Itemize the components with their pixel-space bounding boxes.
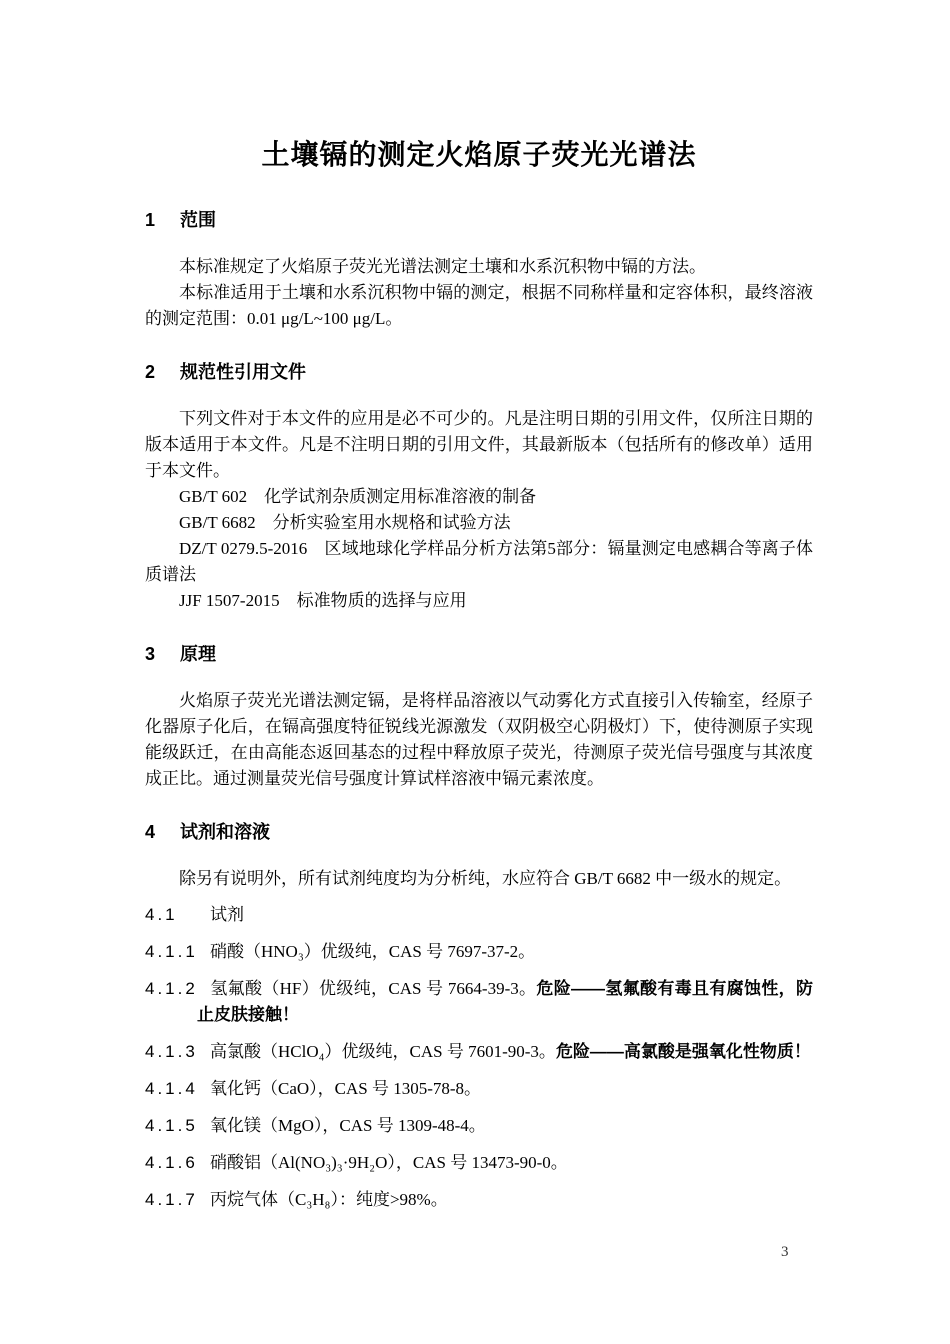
section-4-title: 试剂和溶液: [180, 822, 270, 842]
clause-number: 4.1.4: [145, 1076, 210, 1102]
clause-text: 氧化镁（MgO），CAS 号 1309-48-4。: [210, 1116, 486, 1135]
clause-number: 4.1.3: [145, 1039, 210, 1065]
clause-item-4-1-7: 4.1.7丙烷气体（C₃H₈）：纯度>98%。: [145, 1187, 813, 1213]
clause-text: 高氯酸（HClO₄）优级纯，CAS 号 7601-90-3。: [210, 1042, 556, 1061]
document-content: 土壤镉的测定火焰原子荧光光谱法 1范围 本标准规定了火焰原子荧光光谱法测定土壤和…: [145, 0, 813, 1213]
clause-item-4-1-2: 4.1.2氢氟酸（HF）优级纯，CAS 号 7664-39-3。危险——氢氟酸有…: [145, 976, 813, 1028]
clause-4-1-heading: 4.1试剂: [145, 902, 813, 928]
section-1-paragraph: 本标准规定了火焰原子荧光光谱法测定土壤和水系沉积物中镉的方法。: [145, 254, 813, 280]
section-1-heading: 1范围: [145, 207, 813, 233]
section-1-paragraph: 本标准适用于土壤和水系沉积物中镉的测定，根据不同称样量和定容体积，最终溶液的测定…: [145, 280, 813, 332]
clause-text: 丙烷气体（C₃H₈）：纯度>98%。: [210, 1190, 448, 1209]
clause-text: 硝酸（HNO₃）优级纯，CAS 号 7697-37-2。: [210, 942, 535, 961]
section-2-paragraph: 下列文件对于本文件的应用是必不可少的。凡是注明日期的引用文件，仅所注日期的版本适…: [145, 406, 813, 484]
page-number: 3: [781, 1242, 789, 1262]
section-1-number: 1: [145, 207, 180, 233]
section-1-title: 范围: [180, 210, 216, 230]
section-2-title: 规范性引用文件: [180, 362, 306, 382]
section-2-number: 2: [145, 359, 180, 385]
section-3-title: 原理: [180, 644, 216, 664]
clause-number: 4.1.7: [145, 1187, 210, 1213]
section-4-paragraph: 除另有说明外，所有试剂纯度均为分析纯，水应符合 GB/T 6682 中一级水的规…: [145, 866, 813, 892]
section-2-heading: 2规范性引用文件: [145, 359, 813, 385]
clause-warning: 危险——高氯酸是强氧化性物质！: [556, 1042, 811, 1061]
clause-number: 4.1.5: [145, 1113, 210, 1139]
clause-item-4-1-6: 4.1.6硝酸铝（Al(NO₃)₃·9H₂O），CAS 号 13473-90-0…: [145, 1150, 813, 1176]
clause-4-1-title: 试剂: [210, 905, 244, 924]
reference-item: JJF 1507-2015 标准物质的选择与应用: [145, 588, 813, 614]
section-3-number: 3: [145, 641, 180, 667]
section-4-heading: 4试剂和溶液: [145, 819, 813, 845]
clause-item-4-1-4: 4.1.4氧化钙（CaO），CAS 号 1305-78-8。: [145, 1076, 813, 1102]
section-3-heading: 3原理: [145, 641, 813, 667]
reference-item: DZ/T 0279.5-2016 区域地球化学样品分析方法第5部分：镉量测定电感…: [145, 536, 813, 588]
clause-number: 4.1.2: [145, 976, 210, 1002]
clause-text: 硝酸铝（Al(NO₃)₃·9H₂O），CAS 号 13473-90-0。: [210, 1153, 568, 1172]
section-4-number: 4: [145, 819, 180, 845]
document-page: 土壤镉的测定火焰原子荧光光谱法 1范围 本标准规定了火焰原子荧光光谱法测定土壤和…: [0, 0, 950, 1344]
clause-number: 4.1.1: [145, 939, 210, 965]
clause-item-4-1-1: 4.1.1硝酸（HNO₃）优级纯，CAS 号 7697-37-2。: [145, 939, 813, 965]
reference-item: GB/T 602 化学试剂杂质测定用标准溶液的制备: [145, 484, 813, 510]
clause-text: 氢氟酸（HF）优级纯，CAS 号 7664-39-3。: [210, 979, 536, 998]
clause-4-1-number: 4.1: [145, 902, 210, 928]
clause-text: 氧化钙（CaO），CAS 号 1305-78-8。: [210, 1079, 481, 1098]
reference-item: GB/T 6682 分析实验室用水规格和试验方法: [145, 510, 813, 536]
clause-item-4-1-5: 4.1.5氧化镁（MgO），CAS 号 1309-48-4。: [145, 1113, 813, 1139]
page-title: 土壤镉的测定火焰原子荧光光谱法: [145, 136, 813, 176]
clause-item-4-1-3: 4.1.3高氯酸（HClO₄）优级纯，CAS 号 7601-90-3。危险——高…: [145, 1039, 813, 1065]
section-3-paragraph: 火焰原子荧光光谱法测定镉，是将样品溶液以气动雾化方式直接引入传输室，经原子化器原…: [145, 688, 813, 792]
clause-number: 4.1.6: [145, 1150, 210, 1176]
